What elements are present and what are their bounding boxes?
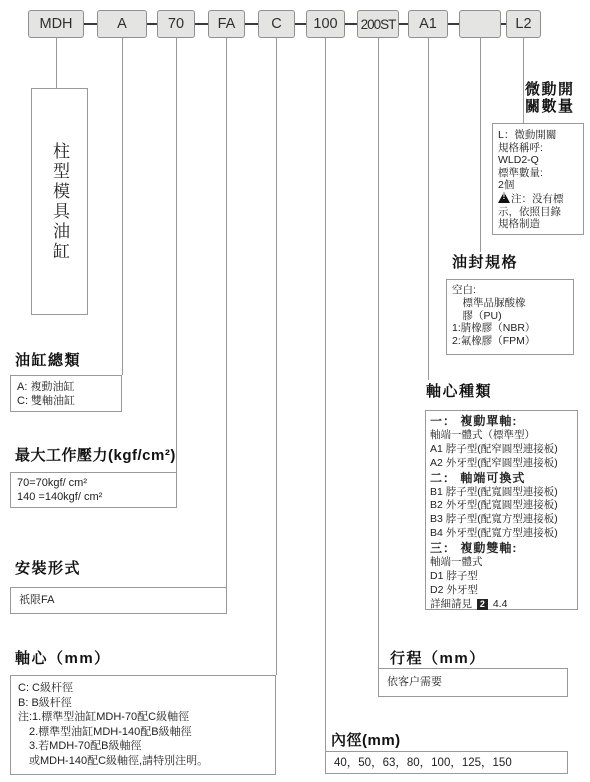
list-item: WLD2-Q [498,154,578,167]
connector-line-shaft [276,38,277,675]
list-item: B1 脖子型(配寬圓型連接板) [430,486,573,500]
cylinder-type-heading: 油缸總類 [15,349,81,370]
bore-heading: 內徑(mm) [331,729,401,750]
list-item: 3.若MDH-70配B級軸徑 [18,739,268,754]
code-box-micro-switch: L2 [506,10,541,38]
list-item: 2:氟橡膠（FPM） [452,335,568,348]
list-item: 空白: [452,284,568,297]
micro-switch-box: L：微動開關 規格稱呼: WLD2-Q 標準數量: 2個 注：没有標 示，依照目… [492,123,584,235]
list-item: 70=70kgf/ cm² [17,476,170,490]
shaft-heading: 軸心（mm） [15,647,111,668]
mounting-heading: 安裝形式 [15,557,81,578]
list-item: B4 外牙型(配寬方型連接板) [430,527,573,541]
cylinder-type-box: A: 複動油缸 C: 雙軸油缸 [10,375,122,412]
code-box-shaft-type: A1 [408,10,448,38]
list-item: D2 外牙型 [430,584,573,598]
list-item: C: 雙軸油缸 [17,394,115,408]
stroke-heading: 行程（mm） [390,647,486,668]
detail-reference-text: 詳細請見 [430,598,472,610]
warning-icon [498,192,510,203]
connector-line-stroke [378,38,379,668]
note-line: 示，依照目錄 [498,206,578,219]
list-item: 規格稱呼: [498,142,578,155]
list-item: 祇限FA [19,593,218,607]
product-name-box: 柱型模具油缸 [31,88,88,315]
connector-line-mounting [226,38,227,587]
list-item: 軸端一體式 [430,556,573,570]
connector-line-shaft-type [428,38,429,380]
connector-line-type [122,38,123,375]
connector-line-series [56,38,57,88]
list-item: B2 外牙型(配寬圓型連接板) [430,499,573,513]
list-item: A1 脖子型(配窄圓型連接板) [430,443,573,457]
detail-reference-section: 4.4 [493,598,508,610]
seal-box: 空白: 標準品脲酸橡 膠（PU) 1:腈橡膠（NBR） 2:氟橡膠（FPM） [446,279,574,355]
connector-line-micro-switch [523,38,524,123]
list-item: 依客户需要 [387,675,559,689]
shaft-type-heading: 軸心種類 [426,380,492,401]
note-line: 注：没有標 [498,192,578,206]
list-item: 標準品脲酸橡 [452,297,568,310]
code-box-shaft: C [258,10,295,38]
list-item: 或MDH-140配C級軸徑,請特別注明。 [18,754,268,769]
list-item: C: C級杆徑 [18,681,268,696]
list-item: 三： 複動雙軸: [430,542,573,556]
list-item: 2.標準型油缸MDH-140配B級軸徑 [18,725,268,740]
bore-box: 40，50，63，80，100，125，150 [325,751,568,774]
model-code-diagram: MDH A 70 FA C 100 200ST A1 L2 柱型模具油缸 油缸總… [0,0,590,782]
seal-heading: 油封規格 [452,251,518,272]
stroke-box: 依客户需要 [378,668,568,697]
detail-reference: 詳細請見 2 4.4 [430,598,573,612]
list-item: A: 複動油缸 [17,380,115,394]
list-item: 二： 軸端可換式 [430,472,573,486]
connector-line-seal [480,38,481,252]
code-box-series: MDH [28,10,84,38]
max-pressure-heading: 最大工作壓力(kgf/cm²) [15,444,176,465]
connector-line-bore [325,38,326,751]
connector-line-pressure [176,38,177,472]
list-item: 一： 複動單軸: [430,415,573,429]
list-item: 40，50，63，80，100，125，150 [334,756,559,770]
code-box-pressure: 70 [157,10,195,38]
micro-switch-heading: 微動開關數量 [525,81,581,115]
list-item: B3 脖子型(配寬方型連接板) [430,513,573,527]
list-item: A2 外牙型(配窄圓型連接板) [430,457,573,471]
list-item: 注:1.標準型油缸MDH-70配C級軸徑 [18,710,268,725]
code-box-bore: 100 [306,10,345,38]
list-item: 軸端一體式（標準型） [430,429,573,443]
code-box-seal [459,10,501,38]
shaft-box: C: C級杆徑 B: B級杆徑 注:1.標準型油缸MDH-70配C級軸徑 2.標… [10,675,276,775]
list-item: 1:腈橡膠（NBR） [452,322,568,335]
mounting-box: 祇限FA [10,587,227,614]
list-item: L：微動開關 [498,129,578,142]
chapter-ref-badge: 2 [477,599,488,610]
list-item: 2個 [498,179,578,192]
list-item: B: B級杆徑 [18,696,268,711]
list-item: 140 =140kgf/ cm² [17,490,170,504]
product-title: 柱型模具油缸 [47,142,72,262]
code-box-mounting: FA [208,10,245,38]
note-text: 注：没有標 [511,193,564,205]
list-item: 標準數量: [498,167,578,180]
code-box-type: A [97,10,147,38]
list-item: D1 脖子型 [430,570,573,584]
max-pressure-box: 70=70kgf/ cm² 140 =140kgf/ cm² [10,472,177,508]
shaft-type-box: 一： 複動單軸: 軸端一體式（標準型） A1 脖子型(配窄圓型連接板) A2 外… [425,410,578,610]
list-item: 膠（PU) [452,310,568,323]
note-line: 規格制造 [498,218,578,231]
code-box-stroke: 200ST [357,10,399,38]
